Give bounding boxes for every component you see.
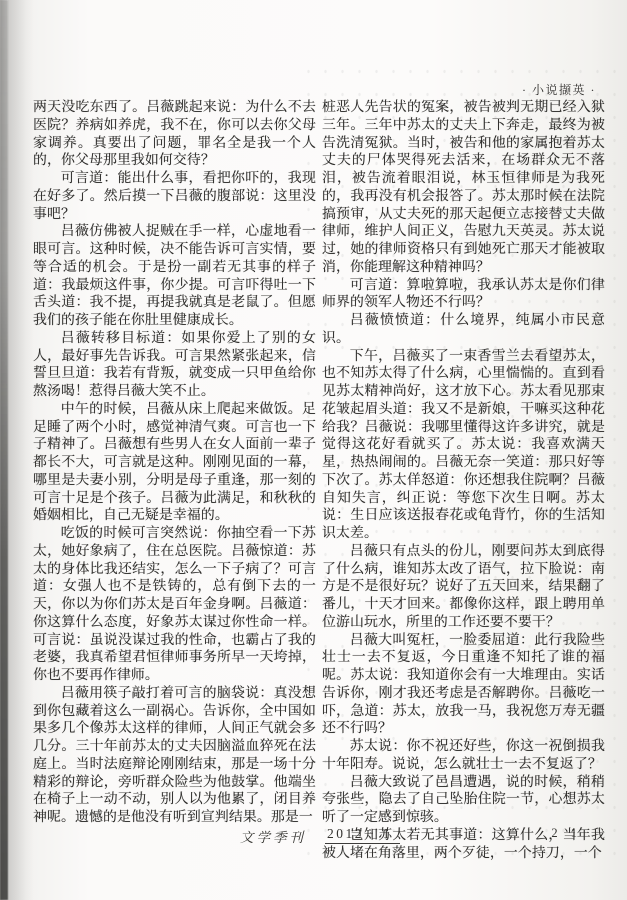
section-header: · 小说撷英 · xyxy=(522,81,596,98)
paragraph: 吕薇大叫冤枉，一脸委屈道：此行我险些壮士一去不复返，今日重逢不知托了谁的福呢。苏… xyxy=(322,632,605,739)
paragraph: 吃饭的时候可言突然说：你抽空看一下苏太，她好象病了，住在总医院。吕薇惊道：苏太的… xyxy=(33,525,316,685)
scanned-page: · 小说撷英 · 两天没吃东西了。吕薇跳起来说：为什么不去医院？养病如养虎，我不… xyxy=(0,0,627,900)
paragraph: 吕薇大致说了邑昌遭遇，说的时候，稍稍夸张些，隐去了自己坠胎住院一节，心想苏太听了… xyxy=(322,774,605,827)
journal-title: 文学季刊 xyxy=(240,826,306,846)
issue-label: 2012 · 1 xyxy=(325,826,400,844)
page-footer: 文学季刊 2012 · 1 2 1 xyxy=(0,826,627,848)
text-column-left: 两天没吃东西了。吕薇跳起来说：为什么不去医院？养病如养虎，我不在，你可以去你父母… xyxy=(33,99,316,827)
paragraph: 吕薇转移目标道：如果你爱上了别的女人，最好事先告诉我。可言果然紧张起来，信誓旦旦… xyxy=(33,330,316,401)
paragraph: 可言道：算啦算啦，我承认苏太是你们律师界的领军人物还不行吗？ xyxy=(322,277,605,313)
paragraph: 桩恶人先告状的冤案，被告被判无期已经入狱三年。三年中苏太的丈夫上下奔走，最终为被… xyxy=(322,99,605,277)
paragraph: 苏太说：你不祝还好些，你这一祝倒损我十年阳寿。说说，怎么就壮士一去不复返了？ xyxy=(322,738,605,774)
text-column-right: 桩恶人先告状的冤案，被告被判无期已经入狱三年。三年中苏太的丈夫上下奔走，最终为被… xyxy=(322,99,605,862)
scan-edge-fade xyxy=(8,0,34,900)
paragraph: 中午的时候，吕薇从床上爬起来做饭。足足睡了两个小时，感觉神清气爽。可言也一下子精… xyxy=(33,401,316,525)
paragraph: 吕薇愤愤道：什么境界，纯属小市民意识。 xyxy=(322,312,605,348)
page-number: 2 1 xyxy=(551,826,582,841)
scan-edge-shadow xyxy=(0,0,8,900)
paragraph: 吕薇只有点头的份儿，刚要问苏太到底得了什么病，谁知苏太改了语气，拉下脸说：南方是… xyxy=(322,543,605,632)
paragraph: 吕薇用筷子敲打着可言的脑袋说：真没想到你包藏着这么一副祸心。告诉你，全中国如果多… xyxy=(33,685,316,827)
section-header-label: · 小说撷英 · xyxy=(522,83,596,97)
paragraph: 吕薇仿佛被人捉贼在手一样，心虚地看一眼可言。这种时候，决不能告诉可言实情，要等合… xyxy=(33,223,316,330)
paragraph: 两天没吃东西了。吕薇跳起来说：为什么不去医院？养病如养虎，我不在，你可以去你父母… xyxy=(33,99,316,170)
paragraph: 可言道：能出什么事，看把你吓的，我现在好多了。然后摸一下吕薇的腹部说：这里没事吧… xyxy=(33,170,316,223)
paragraph: 下午，吕薇买了一束香雪兰去看望苏太，也不知苏太得了什么病，心里惴惴的。直到看见苏… xyxy=(322,348,605,543)
